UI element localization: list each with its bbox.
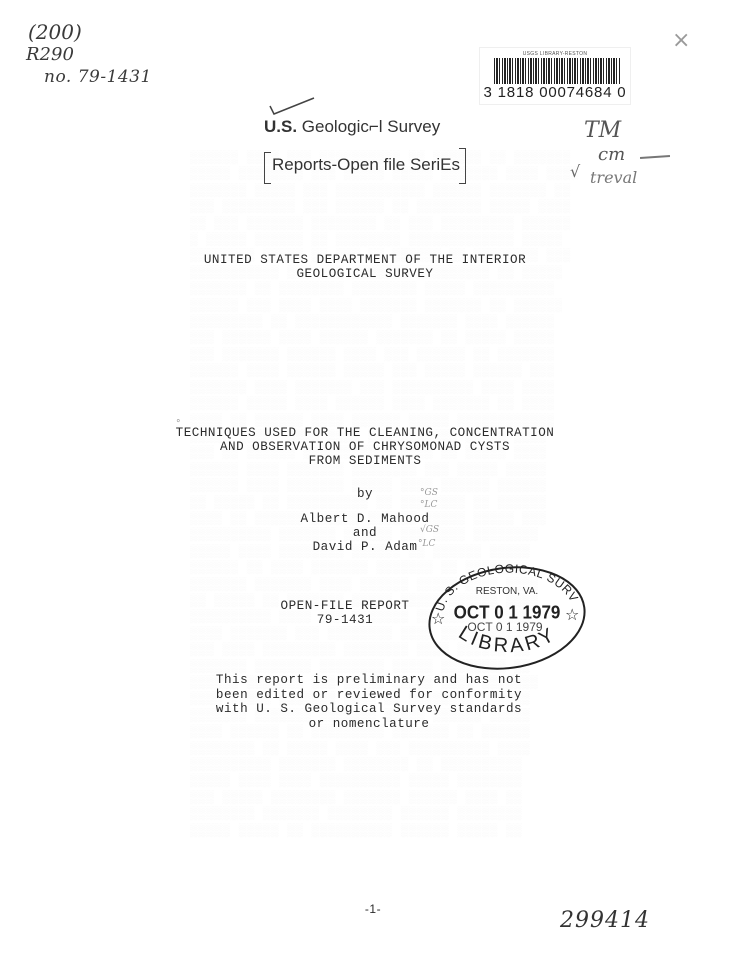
author-mark-1: °GS [420,489,438,498]
author-mark-2: °LC [420,501,437,510]
bracket-left-icon [264,152,271,184]
svg-text:☆: ☆ [565,605,579,624]
report-title: TECHNIQUES USED FOR THE CLEANING, CONCEN… [0,426,730,468]
handwritten-check-icon: √ [570,162,580,181]
disclaimer: This report is preliminary and has notbe… [4,673,730,731]
author-mark-3: √GS [420,526,439,535]
disclaimer-line-1: This report is preliminary and has not [4,673,730,688]
author-2: David P. Adam [0,540,730,554]
agency-line: GEOLOGICAL SURVEY [0,267,730,281]
title-line-1: TECHNIQUES USED FOR THE CLEANING, CONCEN… [0,426,730,440]
svg-text:RESTON, VA.: RESTON, VA. [476,586,538,597]
handwritten-report-number: no. 79-1431 [44,67,152,87]
barcode-icon [494,58,620,84]
document-page: ▒▒▒▒▒▒ ▒▒▒▒ ▒▒▒ ▒▒▒▒▒▒▒▒▒▒ ▒▒ ▒▒▒▒▒▒ ▒▒ … [0,0,730,953]
handwritten-call-number-1: (200) [28,20,82,44]
check-mark-icon [268,96,318,116]
library-received-stamp: U. S. GEOLOGICAL SURVEY RESTON, VA. ☆ ☆ … [425,560,589,672]
author-1: Albert D. Mahood [0,512,730,526]
disclaimer-line-2: been edited or reviewed for conformity [4,688,730,703]
bracket-right-icon [459,148,466,184]
handwritten-initials-tm: TM [584,118,621,143]
handwritten-call-number-2: R290 [26,44,74,65]
author-mark-4: °LC [418,540,435,549]
series-name: Reports-Open file SeriEs [272,155,460,175]
department-line: UNITED STATES DEPARTMENT OF THE INTERIOR [0,253,730,267]
usgs-stamp-label: U.S. Geologic⌐l Survey [264,117,440,137]
title-line-2: AND OBSERVATION OF CHRYSOMONAD CYSTS [0,440,730,454]
report-number: 79-1431 [0,613,710,627]
handwritten-name: treval [590,168,637,187]
svg-text:☆: ☆ [431,609,445,628]
series-stamp: Reports-Open file SeriEs [264,150,462,182]
byline-by: by [0,487,730,501]
open-file-report: OPEN-FILE REPORT79-1431 [0,599,710,627]
disclaimer-line-4: or nomenclature [4,717,730,732]
authors: Albert D. MahoodandDavid P. Adam [0,512,730,554]
library-barcode: USGS LIBRARY-RESTON 3 1818 00074684 0 [480,48,630,104]
x-mark-icon: × [672,28,690,53]
barcode-number: 3 1818 00074684 0 [480,84,630,101]
usgs-prefix: U.S. [264,117,297,136]
title-line-3: FROM SEDIMENTS [0,454,730,468]
author-conjunction: and [0,526,730,540]
report-label: OPEN-FILE REPORT [0,599,710,613]
department-header: UNITED STATES DEPARTMENT OF THE INTERIOR… [0,253,730,281]
handwritten-accession-number: 299414 [560,908,650,933]
barcode-label: USGS LIBRARY-RESTON [480,51,630,57]
handwritten-initials-cm: cm [598,144,625,165]
usgs-name: Geologic⌐l Survey [297,117,440,136]
disclaimer-line-3: with U. S. Geological Survey standards [4,702,730,717]
